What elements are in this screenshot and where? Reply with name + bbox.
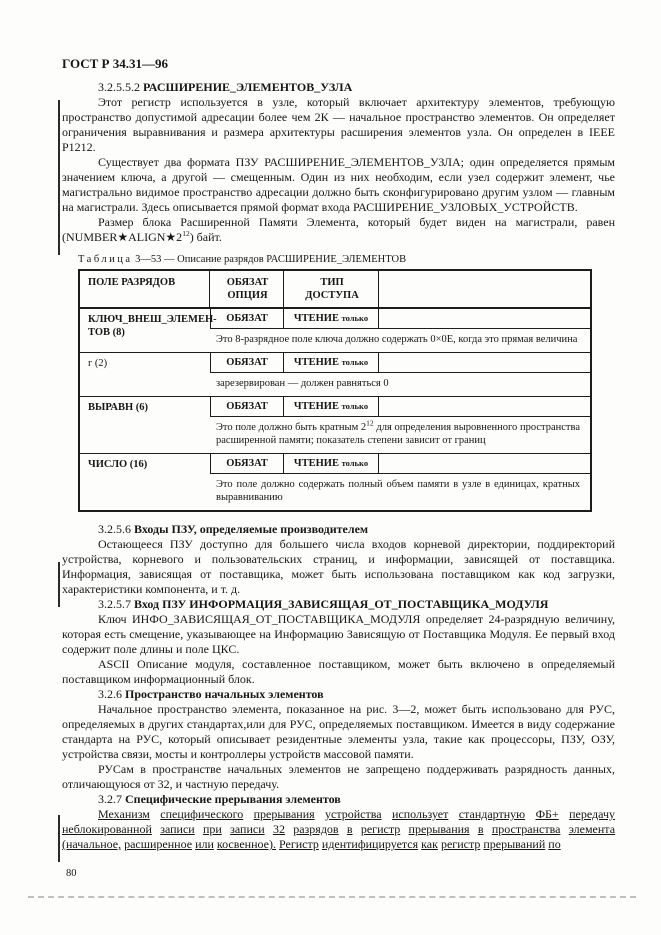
section-heading-3-2-6: 3.2.6 Пространство начальных элементов: [62, 687, 615, 702]
field-note: Это поле должно быть кратным 212 для опр…: [210, 417, 590, 453]
required-cell: ОБЯЗАТ: [211, 353, 284, 372]
page-number: 80: [66, 868, 77, 879]
note-text: зарезервирован — должен равняться 0: [216, 378, 389, 389]
revision-change-bar: [58, 100, 60, 255]
access-cell: ЧТЕНИЕ только: [284, 454, 379, 473]
table-header-row: ПОЛЕ РАЗРЯДОВ ОБЯЗАТ ОПЦИЯ ТИП ДОСТУПА: [80, 271, 590, 309]
paragraph: Остающееся ПЗУ доступно для большего чис…: [62, 537, 615, 597]
access-cell: ЧТЕНИЕ только: [284, 353, 379, 372]
doc-code: ГОСТ Р 34.31—96: [62, 56, 615, 71]
page-content: ГОСТ Р 34.31—96 3.2.5.5.2 РАСШИРЕНИЕ_ЭЛЕ…: [62, 56, 615, 852]
field-note: зарезервирован — должен равняться 0: [210, 373, 590, 396]
paragraph-text: ) байт.: [190, 230, 222, 244]
paragraph: Размер блока Расширенной Памяти Элемента…: [62, 215, 615, 245]
superscript: 12: [182, 229, 190, 238]
table-row: ВЫРАВН (6) ОБЯЗАТ ЧТЕНИЕ только Это поле…: [80, 397, 590, 454]
paragraph-underlined: Механизм специфического прерывания устро…: [62, 807, 615, 852]
revision-change-bar: [58, 815, 60, 862]
note-text: Это 8-разрядное поле ключа должно содерж…: [216, 334, 577, 345]
required-cell: ОБЯЗАТ: [211, 454, 284, 473]
paragraph: Ключ ИНФО_ЗАВИСЯЩАЯ_ОТ_ПОСТАВЩИКА_МОДУЛЯ…: [62, 612, 615, 657]
scanned-document-page: ГОСТ Р 34.31—96 3.2.5.5.2 РАСШИРЕНИЕ_ЭЛЕ…: [0, 0, 661, 935]
section-number: 3.2.7: [98, 792, 122, 806]
access-modifier: только: [342, 458, 369, 468]
table-caption-label: Таблица: [78, 254, 133, 265]
paragraph: Этот регистр используется в узле, которы…: [62, 95, 615, 155]
superscript: 12: [366, 419, 374, 428]
table-caption-number: 3—53: [135, 254, 161, 265]
access-modifier: только: [342, 313, 369, 323]
table-row: КЛЮЧ_ВНЕШ_ЭЛЕМЕН- ТОВ (8) ОБЯЗАТ ЧТЕНИЕ …: [80, 309, 590, 353]
table-row: г (2) ОБЯЗАТ ЧТЕНИЕ только зарезервирова…: [80, 353, 590, 397]
scan-artifact-line: [28, 896, 636, 898]
table-caption: Таблица 3—53 — Описание разрядов РАСШИРЕ…: [78, 253, 615, 266]
section-number: 3.2.6: [98, 687, 122, 701]
section-heading-3-2-5-7: 3.2.5.7 Вход ПЗУ ИНФОРМАЦИЯ_ЗАВИСЯЩАЯ_ОТ…: [62, 597, 615, 612]
field-note: Это поле должно содержать полный объем п…: [210, 474, 590, 510]
column-header-required: ОБЯЗАТ ОПЦИЯ: [210, 271, 284, 307]
access-value: ЧТЕНИЕ: [294, 357, 339, 368]
section-title: Вход ПЗУ ИНФОРМАЦИЯ_ЗАВИСЯЩАЯ_ОТ_ПОСТАВЩ…: [134, 597, 548, 611]
paragraph: РУСам в пространстве начальных элементов…: [62, 762, 615, 792]
access-value: ЧТЕНИЕ: [294, 313, 339, 324]
section-title: Входы ПЗУ, определяемые производителем: [134, 522, 368, 536]
paragraph: Начальное пространство элемента, показан…: [62, 702, 615, 762]
section-number: 3.2.5.7: [98, 597, 131, 611]
table-caption-text: — Описание разрядов РАСШИРЕНИЕ_ЭЛЕМЕНТОВ: [164, 254, 406, 265]
table-row: ЧИСЛО (16) ОБЯЗАТ ЧТЕНИЕ только Это поле…: [80, 454, 590, 510]
field-name-cell: КЛЮЧ_ВНЕШ_ЭЛЕМЕН- ТОВ (8): [80, 309, 210, 352]
empty-cell: [379, 454, 590, 473]
note-text: Это поле должно быть кратным 2: [216, 422, 366, 433]
column-header-empty: [379, 271, 590, 307]
section-heading-3-2-5-5-2: 3.2.5.5.2 РАСШИРЕНИЕ_ЭЛЕМЕНТОВ_УЗЛА: [62, 80, 615, 95]
note-text: Это поле должно содержать полный объем п…: [216, 479, 580, 503]
field-note: Это 8-разрядное поле ключа должно содерж…: [210, 329, 590, 352]
paragraph: ASCII Описание модуля, составленное пост…: [62, 657, 615, 687]
bit-fields-table: ПОЛЕ РАЗРЯДОВ ОБЯЗАТ ОПЦИЯ ТИП ДОСТУПА К…: [78, 269, 592, 512]
access-value: ЧТЕНИЕ: [294, 458, 339, 469]
section-number: 3.2.5.5.2: [98, 80, 140, 94]
field-name-cell: г (2): [80, 353, 210, 396]
revision-change-bar: [58, 562, 60, 607]
column-header-access-type: ТИП ДОСТУПА: [284, 271, 379, 307]
empty-cell: [379, 353, 590, 372]
paragraph: Существует два формата ПЗУ РАСШИРЕНИЕ_ЭЛ…: [62, 155, 615, 215]
section-heading-3-2-7: 3.2.7 Специфические прерывания элементов: [62, 792, 615, 807]
section-title: Пространство начальных элементов: [125, 687, 324, 701]
field-name-cell: ЧИСЛО (16): [80, 454, 210, 510]
section-title: РАСШИРЕНИЕ_ЭЛЕМЕНТОВ_УЗЛА: [143, 80, 352, 94]
section-title: Специфические прерывания элементов: [125, 792, 341, 806]
field-name-cell: ВЫРАВН (6): [80, 397, 210, 453]
column-header-field: ПОЛЕ РАЗРЯДОВ: [80, 271, 210, 307]
access-modifier: только: [342, 401, 369, 411]
required-cell: ОБЯЗАТ: [211, 309, 284, 328]
access-modifier: только: [342, 357, 369, 367]
access-value: ЧТЕНИЕ: [294, 401, 339, 412]
empty-cell: [379, 309, 590, 328]
paragraph-text: Размер блока Расширенной Памяти Элемента…: [62, 215, 615, 244]
access-cell: ЧТЕНИЕ только: [284, 309, 379, 328]
empty-cell: [379, 397, 590, 416]
access-cell: ЧТЕНИЕ только: [284, 397, 379, 416]
section-heading-3-2-5-6: 3.2.5.6 Входы ПЗУ, определяемые производ…: [62, 522, 615, 537]
section-number: 3.2.5.6: [98, 522, 131, 536]
required-cell: ОБЯЗАТ: [211, 397, 284, 416]
